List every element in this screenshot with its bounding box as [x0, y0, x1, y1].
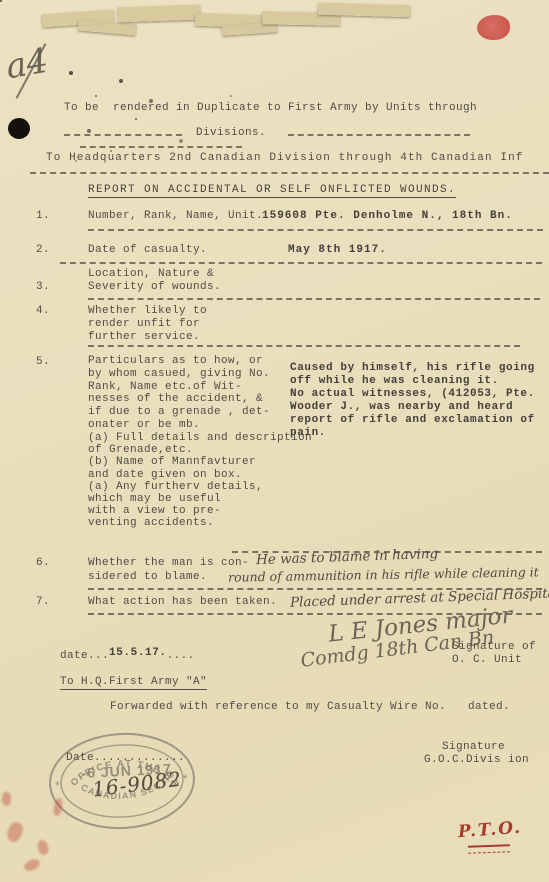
division-signature-label: Signature	[442, 741, 505, 753]
dash-rule	[88, 229, 543, 231]
divisions-word: Divisions.	[196, 127, 266, 139]
item-6-number: 6.	[36, 557, 50, 569]
goc-division-label: G.O.C.Divis ion	[424, 754, 529, 766]
item-3-label: Location, Nature & Severity of wounds.	[88, 268, 221, 294]
date-label: date...	[60, 650, 109, 662]
pto-underline-mark	[468, 844, 510, 853]
dated-label: dated.	[468, 701, 510, 713]
signature-of-label: Signature of	[452, 641, 536, 653]
tape-piece	[318, 3, 410, 17]
oc-unit-label: O. C. Unit	[452, 654, 522, 666]
item-1-label: Number, Rank, Name, Unit.	[88, 210, 263, 222]
dash-rule	[88, 298, 540, 300]
ink-speckles	[0, 0, 2, 2]
forwarded-line: Forwarded with reference to my Casualty …	[110, 701, 446, 713]
date-line: date...15.5.17.....	[60, 650, 195, 662]
item-7-number: 7.	[36, 596, 50, 608]
form-title: REPORT ON ACCIDENTAL OR SELF ONFLICTED W…	[88, 184, 456, 198]
item-6-label: Whether the man is con- sidered to blame…	[88, 557, 249, 584]
stamp-asterisk-right: *	[183, 772, 189, 786]
date-value: 15.5.17.	[109, 647, 167, 659]
dash-rule	[64, 134, 182, 136]
stamp-asterisk-left: *	[55, 778, 61, 792]
red-wax-seal	[477, 15, 510, 40]
item-2-number: 2.	[36, 244, 50, 256]
dash-rule	[80, 146, 242, 148]
item-5-answer: Caused by himself, his rifle going off w…	[290, 362, 535, 440]
item-2-value: May 8th 1917.	[288, 244, 387, 256]
scanned-document: a4 To be rendered in Duplicate to First …	[0, 0, 549, 882]
dash-rule	[30, 172, 549, 174]
item-3-number: 3.	[36, 281, 50, 293]
item-1-value: 159608 Pte. Denholme N., 18th Bn.	[262, 210, 513, 222]
dash-rule	[60, 262, 542, 264]
dash-rule	[88, 345, 520, 347]
dash-rule	[288, 134, 470, 136]
punch-hole	[8, 118, 30, 139]
item-7-label: What action has been taken.	[88, 596, 277, 608]
distribution-line-2: To Headquarters 2nd Canadian Division th…	[46, 152, 523, 164]
red-smudge	[2, 792, 11, 806]
item-5-number: 5.	[36, 356, 50, 368]
tape-piece	[118, 5, 200, 23]
item-5-label: Particulars as to how, or by whom casued…	[88, 355, 270, 432]
item-4-number: 4.	[36, 305, 50, 317]
date-trailing-dots: ....	[167, 650, 195, 662]
item-5-sublabel: (a) Full details and description of Gren…	[88, 432, 312, 530]
item-4-label: Whether likely to render unfit for furth…	[88, 305, 207, 343]
item-1-number: 1.	[36, 210, 50, 222]
distribution-line-1: To be rendered in Duplicate to First Arm…	[64, 102, 477, 114]
to-hq-first-army-heading: To H.Q.First Army "A"	[60, 676, 207, 690]
item-2-label: Date of casualty.	[88, 244, 207, 256]
division-date-label: Date.............	[66, 752, 185, 764]
